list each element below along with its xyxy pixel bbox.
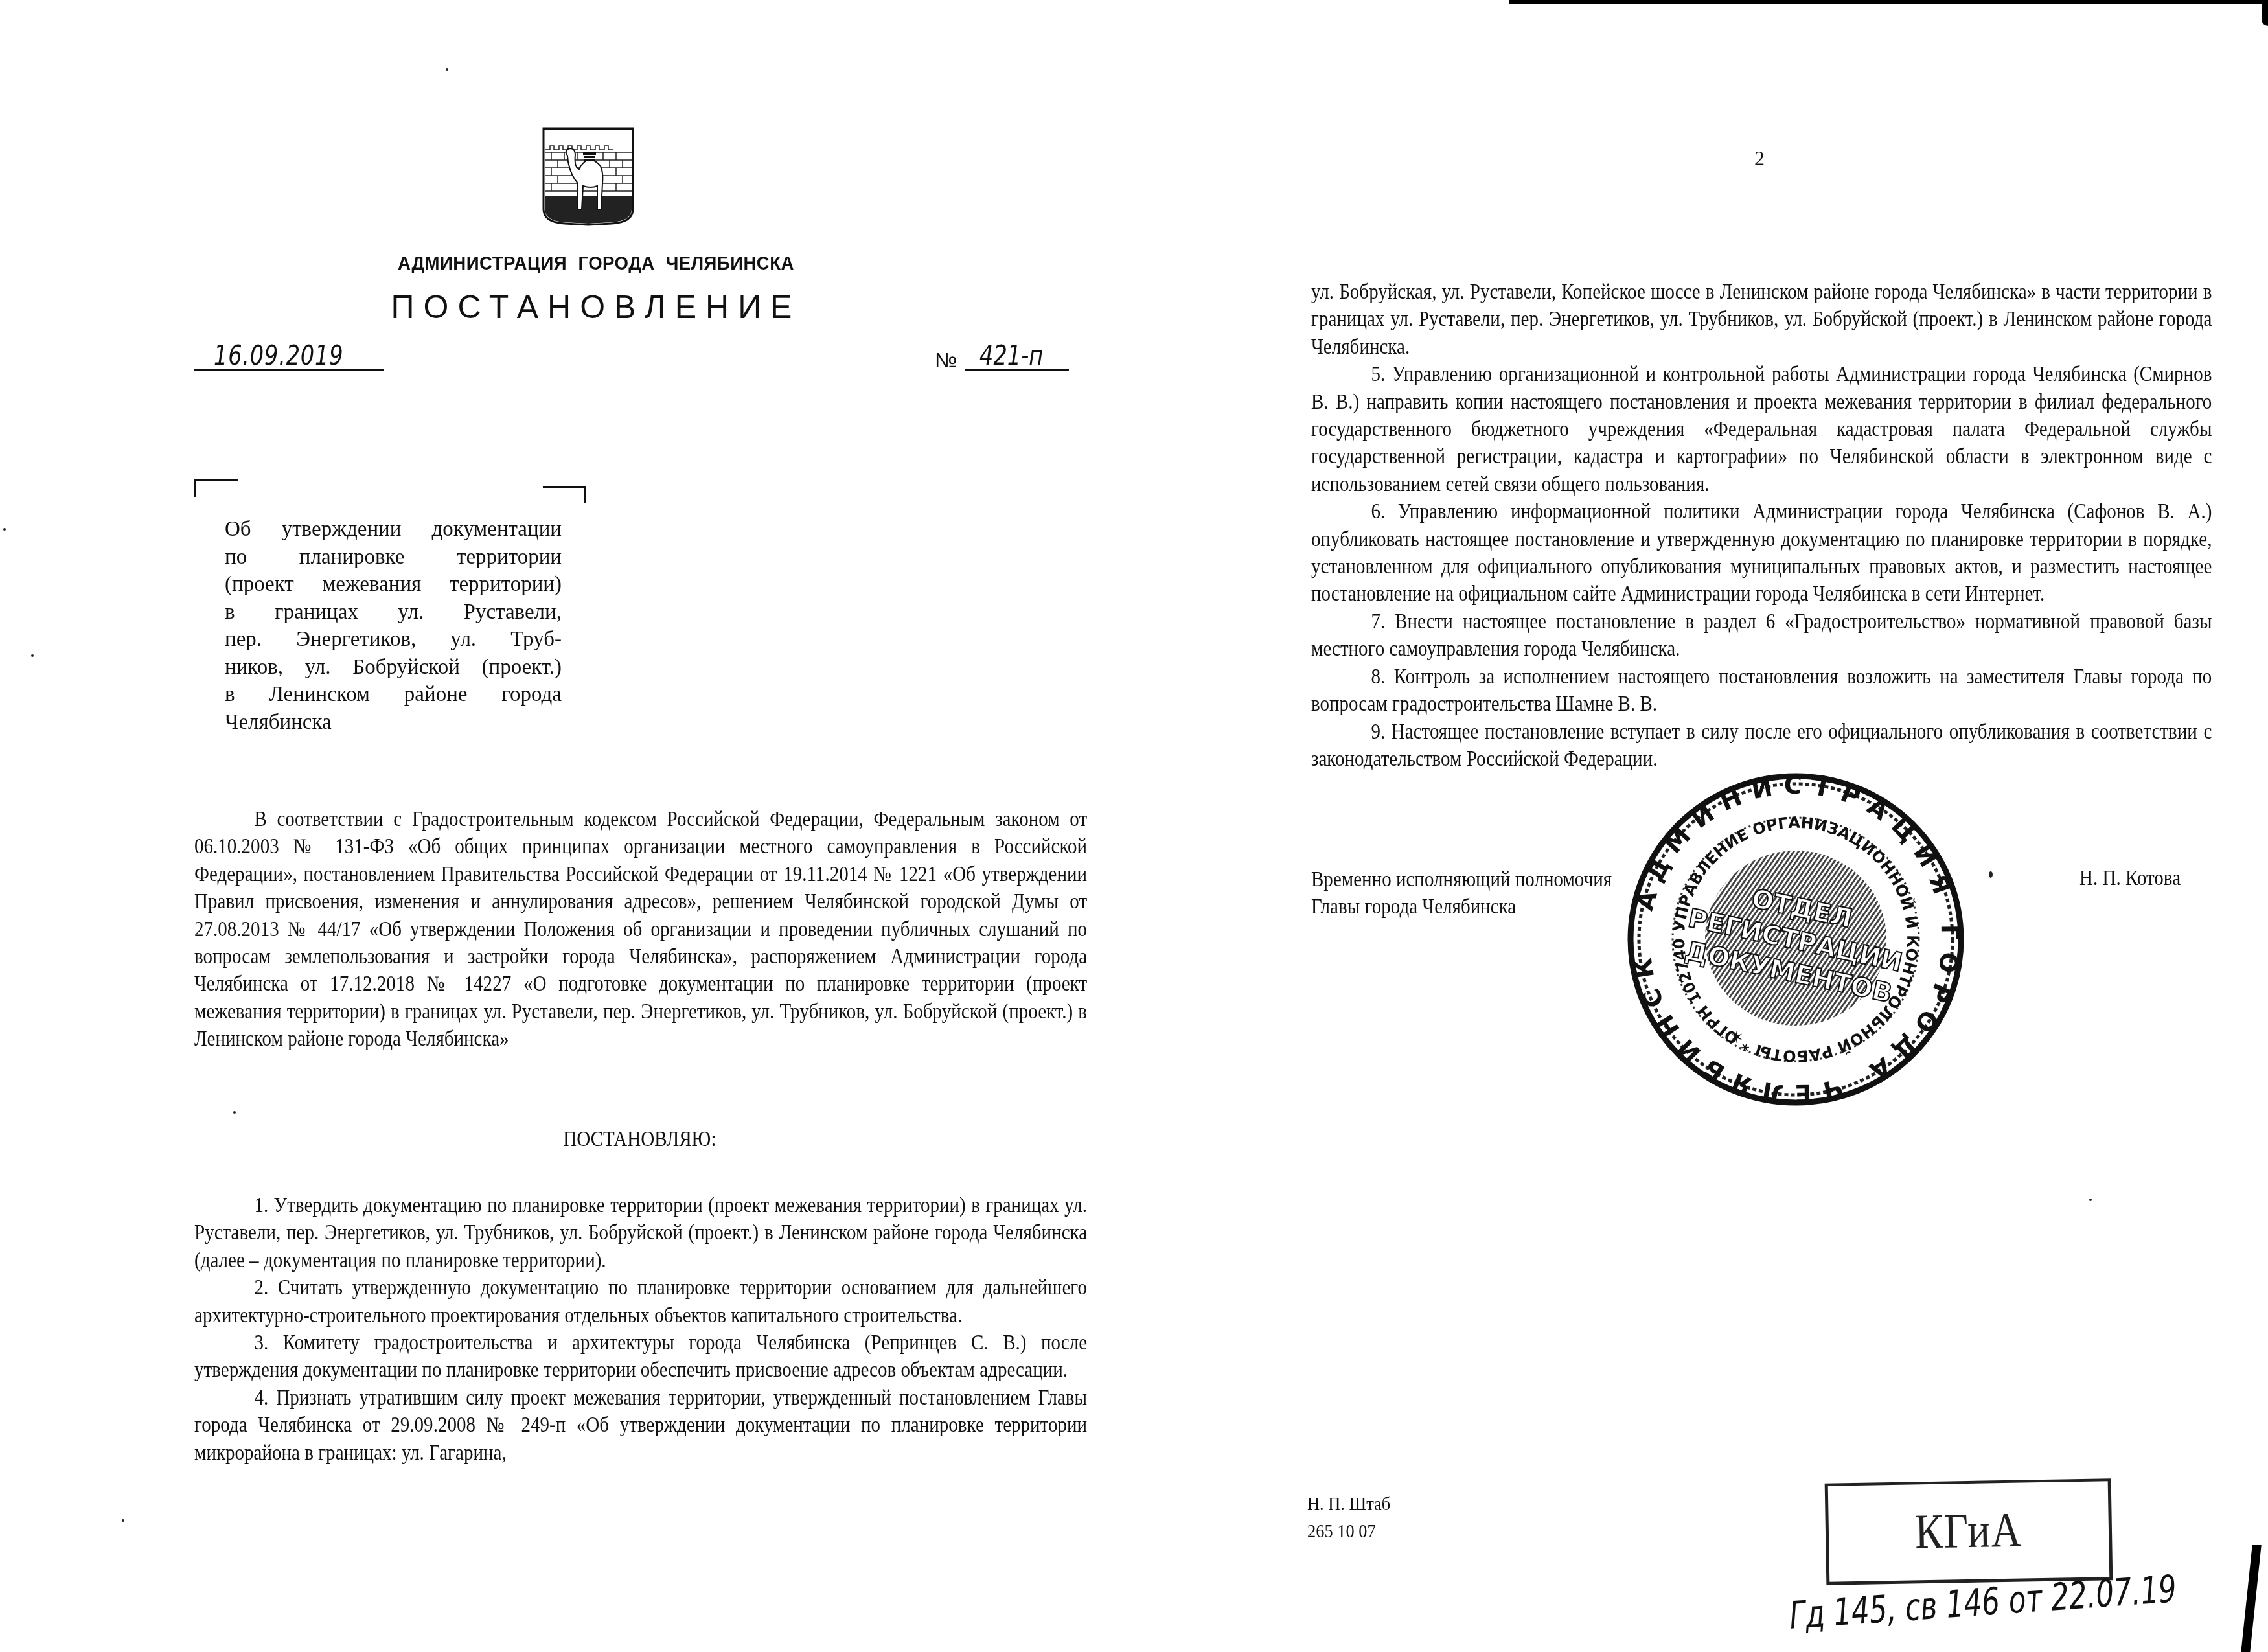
- decree-subject: Об утверждении документации по планировк…: [225, 516, 562, 736]
- page-number: 2: [1754, 146, 1765, 170]
- scan-speck: [3, 528, 6, 531]
- scan-border: [1509, 0, 2268, 4]
- subject-line: ников, ул. Бобруйской (проект.): [225, 654, 562, 682]
- scan-border-corner: [2262, 0, 2268, 26]
- executor-info: Н. П. Штаб 265 10 07: [1307, 1491, 1390, 1545]
- decree-item-9: 9. Настоящее постановление вступает в си…: [1311, 718, 2212, 774]
- decree-item-1: 1. Утвердить документацию по планировке …: [194, 1192, 1087, 1274]
- scan-speck: [122, 1519, 124, 1522]
- subject-bracket-left: [194, 479, 238, 497]
- decree-item-4: 4. Признать утратившим силу проект межев…: [194, 1384, 1087, 1467]
- decree-item-3: 3. Комитету градостроительства и архитек…: [194, 1329, 1087, 1384]
- signatory-name: Н. П. Котова: [2079, 867, 2181, 891]
- scan-edge-mark: [2241, 1545, 2261, 1652]
- left-page-body: В соответствии с Градостроительным кодек…: [194, 806, 1087, 1053]
- scan-speck: [2089, 1199, 2092, 1201]
- decree-item-8: 8. Контроль за исполнением настоящего по…: [1311, 663, 2212, 718]
- executor-phone: 265 10 07: [1307, 1518, 1390, 1545]
- decree-date: 16.09.2019: [214, 339, 343, 371]
- decree-word: ПОСТАНОВЛЯЮ:: [76, 1128, 1202, 1152]
- department-box-stamp: КГиА: [1825, 1478, 2113, 1585]
- subject-line: по планировке территории: [225, 544, 562, 571]
- chelyabinsk-coat-of-arms-icon: [542, 126, 635, 230]
- department-box-stamp-label: КГиА: [1850, 1501, 2089, 1561]
- right-page-body: ул. Бобруйская, ул. Руставели, Копейское…: [1311, 279, 2212, 773]
- document-type-title: ПОСТАНОВЛЕНИЕ: [0, 288, 1192, 326]
- left-page-items: 1. Утвердить документацию по планировке …: [194, 1192, 1087, 1467]
- decree-number-label: №: [935, 349, 957, 373]
- subject-line: Об утверждении документации: [225, 516, 562, 544]
- subject-line: пер. Энергетиков, ул. Труб-: [225, 626, 562, 654]
- scan-speck: [31, 654, 34, 657]
- subject-line: (проект межевания территории): [225, 571, 562, 599]
- signatory-position-line-2: Главы города Челябинска: [1311, 893, 1612, 921]
- decree-item-7: 7. Внести настоящее постановление в разд…: [1311, 608, 2212, 663]
- signatory-position: Временно исполняющий полномочия Главы го…: [1311, 866, 1612, 921]
- scan-speck: [233, 1111, 236, 1114]
- subject-line: в Ленинском районе города: [225, 681, 562, 709]
- decree-item-6: 6. Управлению информационной политики Ад…: [1311, 498, 2212, 608]
- decree-number: 421-п: [979, 339, 1043, 371]
- svg-text:✶: ✶: [1730, 1028, 1744, 1047]
- decree-date-field: 16.09.2019: [194, 338, 384, 371]
- decree-item-2: 2. Считать утвержденную документацию по …: [194, 1274, 1087, 1329]
- official-seal-icon: АДМИНИСТРАЦИЯ ГОРОДА ЧЕЛЯБИНСКА УПРАВЛЕН…: [1626, 771, 1966, 1108]
- decree-item-5: 5. Управлению организационной и контроль…: [1311, 361, 2212, 498]
- subject-line: в границах ул. Руставели,: [225, 599, 562, 626]
- preamble-paragraph: В соответствии с Градостроительным кодек…: [194, 806, 1087, 1053]
- executor-name: Н. П. Штаб: [1307, 1491, 1390, 1518]
- subject-line: Челябинска: [225, 709, 562, 737]
- subject-bracket-right: [543, 486, 586, 503]
- signatory-position-line-1: Временно исполняющий полномочия: [1311, 866, 1612, 893]
- scan-speck: [446, 68, 448, 71]
- scan-speck: [1989, 871, 1993, 878]
- decree-number-field: 421-п: [965, 338, 1069, 371]
- continuation-paragraph: ул. Бобруйская, ул. Руставели, Копейское…: [1311, 279, 2212, 361]
- organization-heading: АДМИНИСТРАЦИЯ ГОРОДА ЧЕЛЯБИНСКА: [48, 253, 1145, 275]
